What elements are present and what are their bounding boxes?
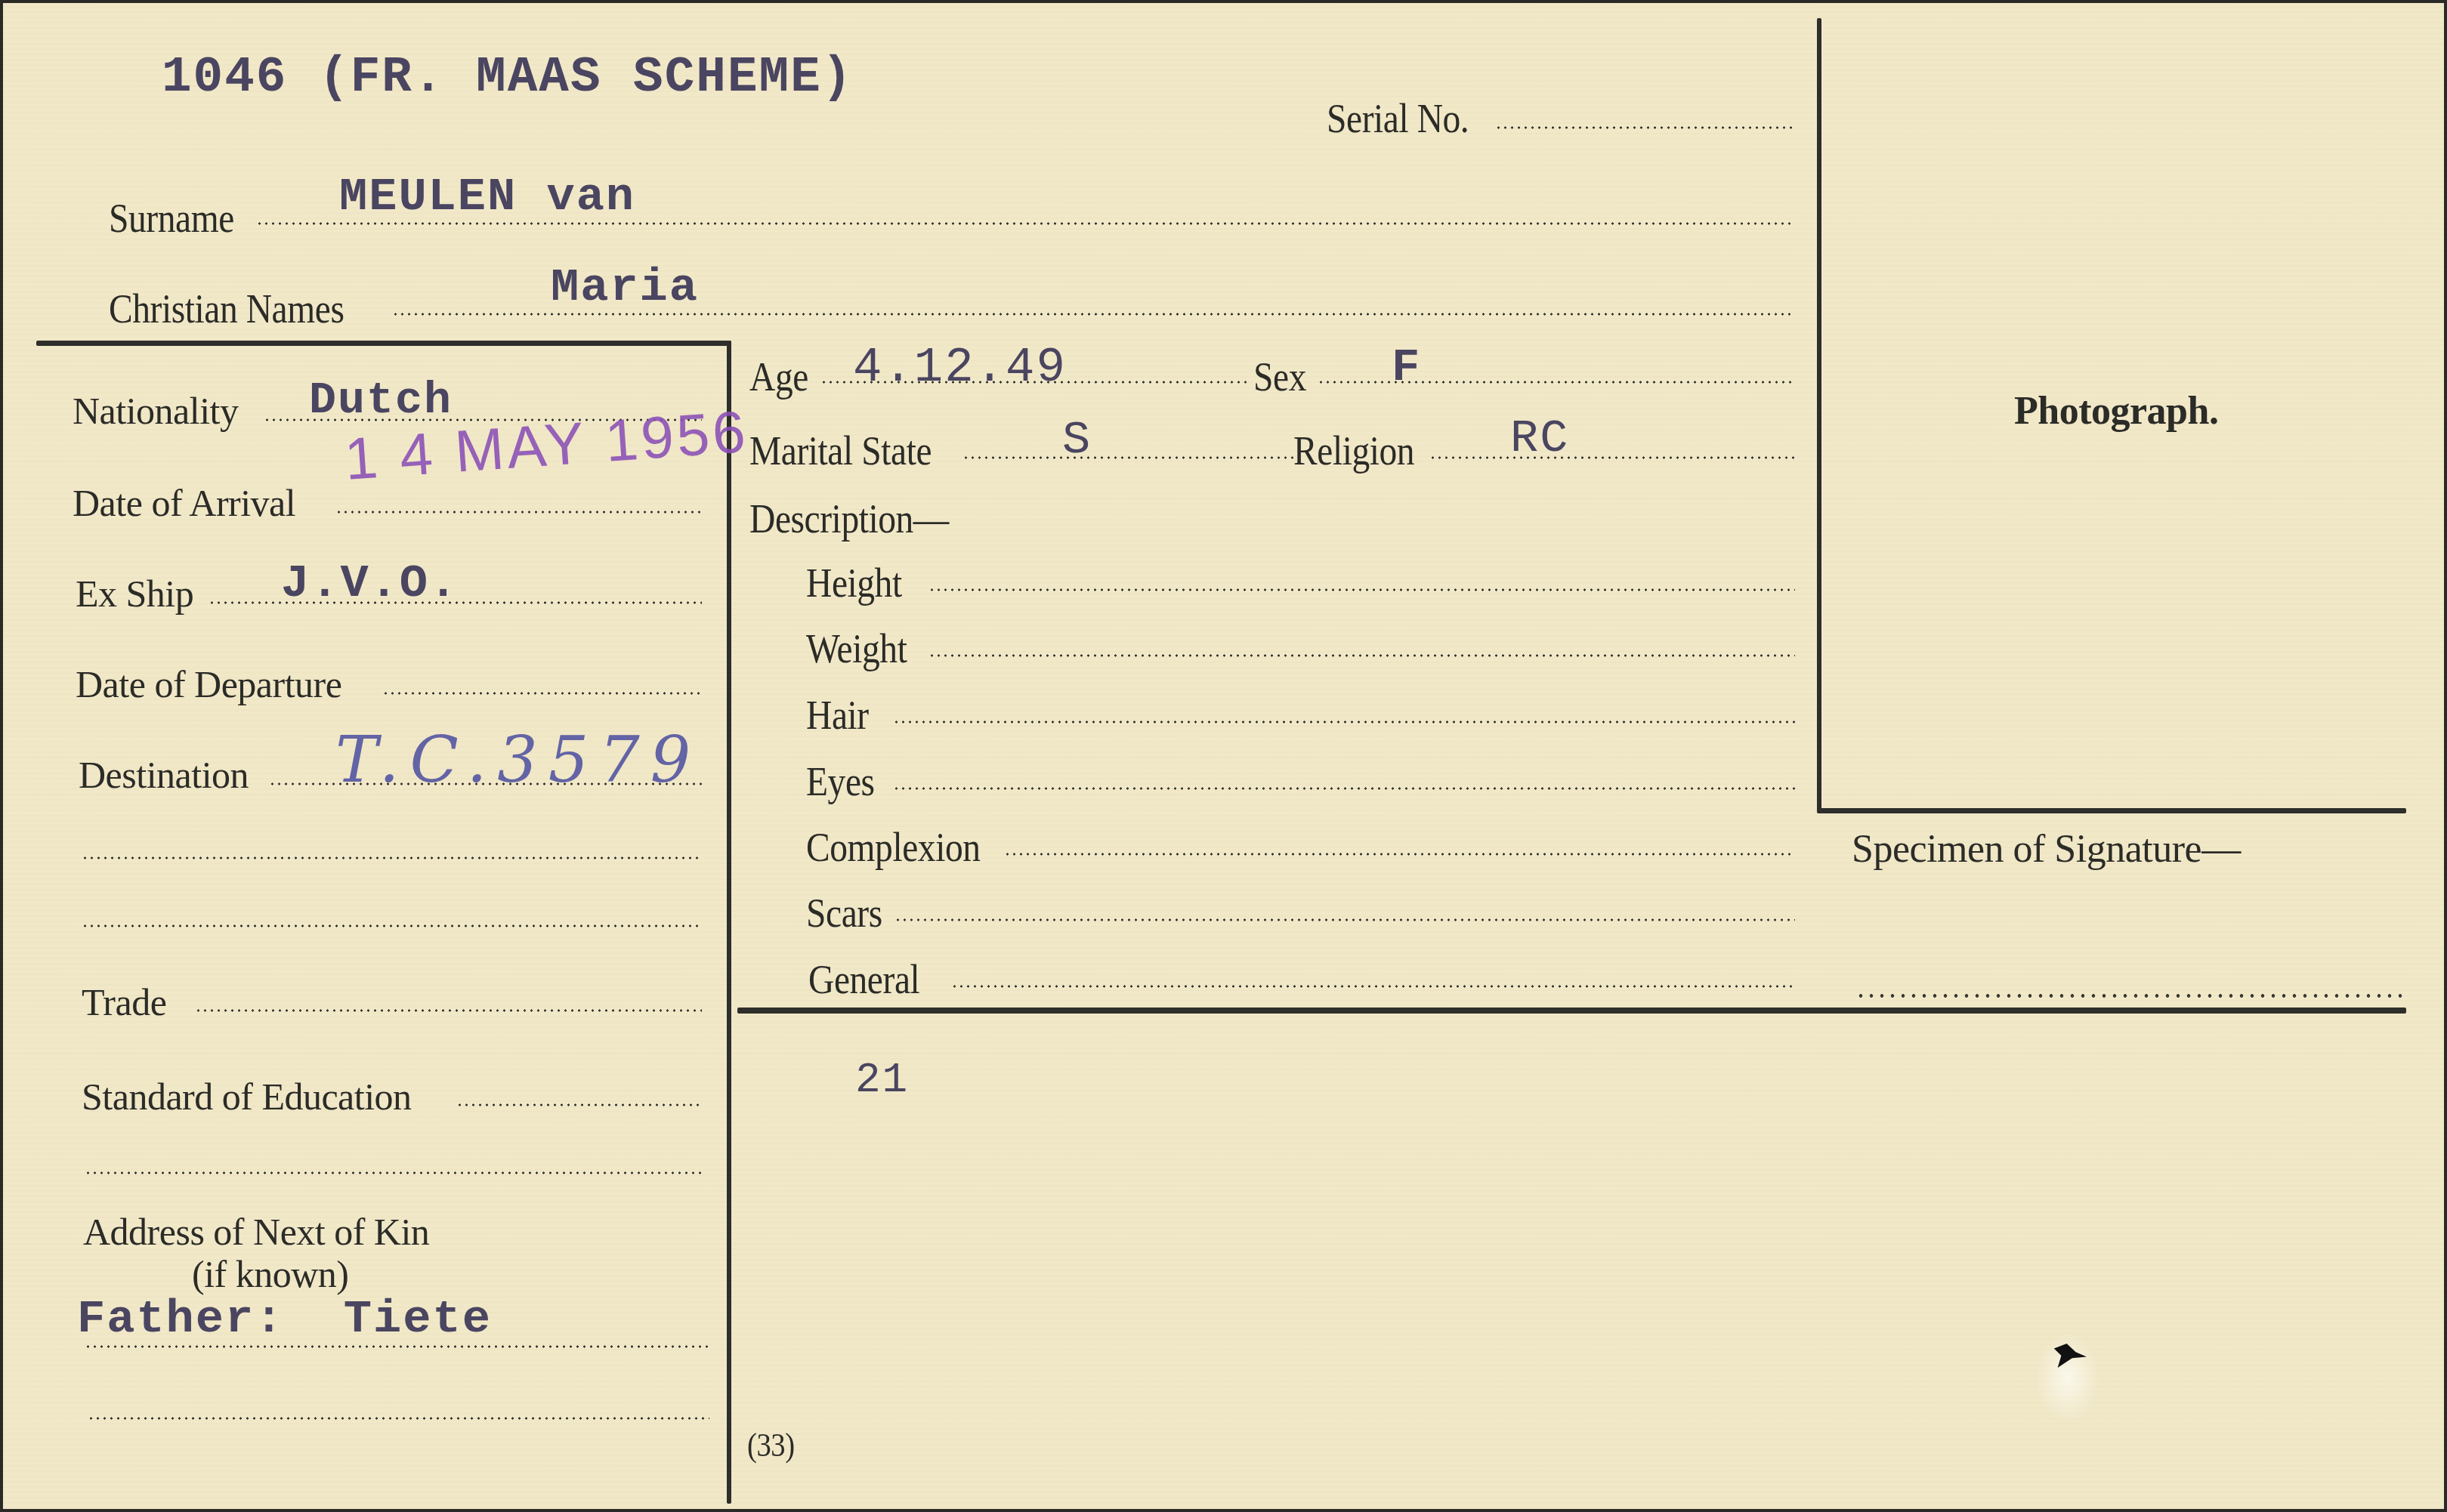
date-of-departure-field[interactable] (382, 692, 702, 695)
hair-field[interactable] (893, 721, 1795, 724)
marital-state-field[interactable] (962, 456, 1295, 459)
left-box-divider (727, 341, 731, 1504)
destination-extra-line-2[interactable] (82, 924, 702, 927)
weight-label: Weight (806, 628, 907, 669)
ex-ship-label: Ex Ship (76, 575, 193, 613)
serial-no-label: Serial No. (1327, 98, 1469, 139)
nationality-label: Nationality (73, 392, 238, 430)
photo-box-bottom-rule (1817, 808, 2406, 813)
destination-extra-line-1[interactable] (82, 856, 702, 859)
left-box-top-rule (36, 341, 731, 346)
next-of-kin-value: Father: Tiete (77, 1296, 492, 1343)
next-of-kin-sublabel: (if known) (192, 1255, 348, 1293)
form-number: (33) (747, 1429, 795, 1462)
next-of-kin-label: Address of Next of Kin (83, 1213, 429, 1251)
weight-field[interactable] (928, 654, 1795, 657)
eyes-field[interactable] (893, 787, 1795, 790)
next-of-kin-field[interactable] (85, 1345, 709, 1348)
scars-label: Scars (806, 893, 882, 933)
card-reference: 1046 (FR. MAAS SCHEME) (162, 53, 853, 103)
sex-field[interactable] (1318, 381, 1795, 384)
date-of-arrival-label: Date of Arrival (73, 484, 295, 522)
date-of-arrival-field[interactable] (335, 511, 702, 514)
education-extra-line[interactable] (85, 1171, 702, 1174)
photo-box-left-rule (1817, 18, 1821, 813)
next-of-kin-extra-line[interactable] (88, 1417, 709, 1420)
trade-field[interactable] (195, 1009, 702, 1012)
signature-label: Specimen of Signature— (1852, 830, 2241, 869)
destination-value: T.C.3579 (335, 728, 701, 791)
age-label: Age (749, 356, 808, 397)
complexion-field[interactable] (1004, 853, 1795, 856)
surname-label: Surname (109, 198, 234, 239)
nationality-value: Dutch (309, 378, 453, 424)
education-label: Standard of Education (82, 1078, 412, 1115)
trade-label: Trade (82, 983, 166, 1021)
religion-label: Religion (1293, 430, 1414, 471)
height-field[interactable] (928, 588, 1795, 591)
destination-label: Destination (79, 756, 249, 794)
marital-state-value: S (1062, 417, 1092, 464)
photograph-area (1825, 26, 2407, 804)
hair-label: Hair (806, 695, 869, 736)
religion-value: RC (1510, 415, 1569, 462)
christian-names-label: Christian Names (109, 289, 344, 329)
general-label: General (808, 959, 919, 1000)
serial-no-field[interactable] (1495, 126, 1795, 129)
sex-label: Sex (1253, 356, 1306, 397)
signature-field[interactable] (1855, 994, 2405, 998)
height-label: Height (806, 563, 902, 603)
eyes-label: Eyes (806, 761, 875, 802)
description-bottom-rule (737, 1007, 2406, 1014)
annotation-number: 21 (855, 1059, 909, 1101)
surname-value: MEULEN van (339, 174, 635, 221)
age-value: 4.12.49 (853, 344, 1067, 393)
complexion-label: Complexion (806, 827, 981, 868)
registration-card: 1046 (FR. MAAS SCHEME) Serial No. Surnam… (3, 3, 2444, 1509)
sex-value: F (1392, 344, 1421, 391)
date-of-departure-label: Date of Departure (76, 665, 341, 703)
general-field[interactable] (951, 985, 1795, 988)
description-label: Description— (749, 498, 949, 539)
christian-names-value: Maria (551, 264, 699, 311)
education-field[interactable] (456, 1103, 702, 1106)
ex-ship-value: J.V.O. (281, 560, 459, 607)
religion-field[interactable] (1429, 456, 1795, 459)
scars-field[interactable] (894, 918, 1795, 921)
marital-state-label: Marital State (749, 430, 932, 471)
